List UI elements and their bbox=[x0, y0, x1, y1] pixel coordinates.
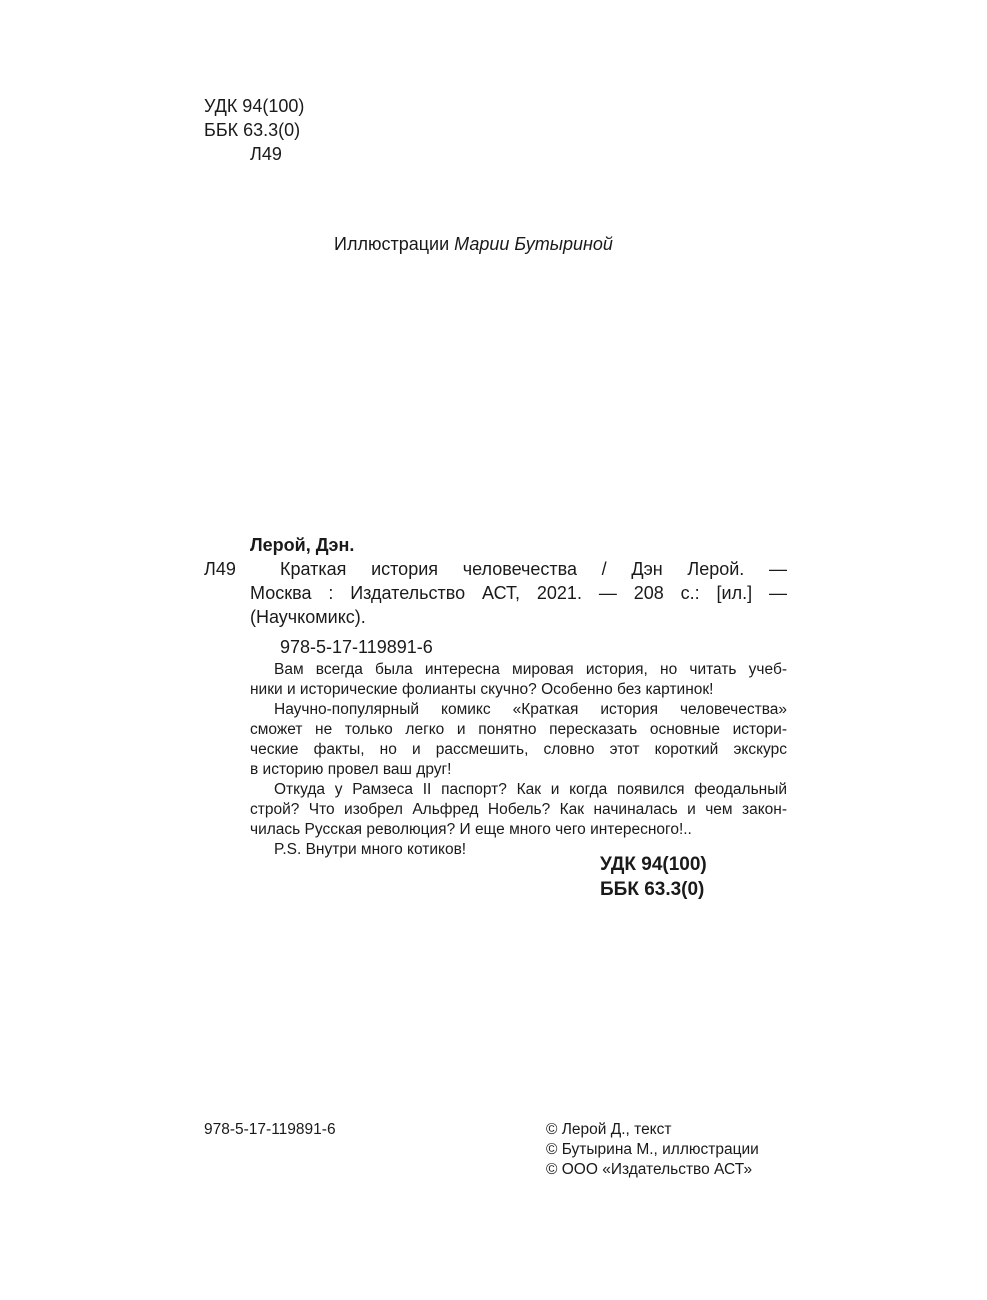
annotation-paragraph: Вам всегда была интересна мировая истори… bbox=[250, 660, 787, 700]
udk-code: УДК 94(100) bbox=[600, 852, 787, 877]
illustrations-credit: Иллюстрации Марии Бутыриной bbox=[334, 232, 613, 256]
record-isbn: 978-5-17-119891-6 bbox=[280, 635, 433, 659]
annotation-line: Научно-популярный комикс «Краткая истори… bbox=[250, 700, 787, 720]
annotation-line: сможет не только легко и понятно переска… bbox=[250, 720, 787, 740]
copyright-block: © Лерой Д., текст © Бутырина М., иллюстр… bbox=[546, 1120, 759, 1180]
copyright-line: © Лерой Д., текст bbox=[546, 1120, 759, 1140]
classification-codes-top: УДК 94(100) ББК 63.3(0) Л49 bbox=[204, 94, 304, 166]
bibliographic-description: Краткая история человечества / Дэн Лерой… bbox=[250, 557, 787, 629]
annotation-line: ники и исторические фолианты скучно? Осо… bbox=[250, 680, 787, 700]
copyright-line: © ООО «Издательство АСТ» bbox=[546, 1160, 759, 1180]
record-author: Лерой, Дэн. bbox=[250, 533, 354, 557]
annotation-line: в историю провел ваш друг! bbox=[250, 760, 787, 780]
annotation-line: Вам всегда была интересна мировая истори… bbox=[250, 660, 787, 680]
copyright-line: © Бутырина М., иллюстрации bbox=[546, 1140, 759, 1160]
bbk-code: ББК 63.3(0) bbox=[600, 877, 787, 902]
classification-codes-bottom: УДК 94(100) ББК 63.3(0) bbox=[600, 852, 787, 902]
illustrations-label: Иллюстрации bbox=[334, 234, 449, 254]
bib-line: Краткая история человечества / Дэн Лерой… bbox=[250, 557, 787, 581]
bbk-code: ББК 63.3(0) bbox=[204, 118, 304, 142]
annotation-paragraph: Научно-популярный комикс «Краткая истори… bbox=[250, 700, 787, 780]
bib-line: Москва : Издательство АСТ, 2021. — 208 с… bbox=[250, 581, 787, 605]
annotation-line: ческие факты, но и рассмешить, словно эт… bbox=[250, 740, 787, 760]
bib-line: (Научкомикс). bbox=[250, 605, 787, 629]
author-mark: Л49 bbox=[204, 142, 304, 166]
record-author-mark: Л49 bbox=[204, 557, 236, 581]
illustrator-name: Марии Бутыриной bbox=[454, 234, 613, 254]
annotation: Вам всегда была интересна мировая истори… bbox=[250, 660, 787, 860]
annotation-line: Откуда у Рамзеса II паспорт? Как и когда… bbox=[250, 780, 787, 800]
annotation-line: чилась Русская революция? И еще много че… bbox=[250, 820, 787, 840]
annotation-line: строй? Что изобрел Альфред Нобель? Как н… bbox=[250, 800, 787, 820]
annotation-paragraph: Откуда у Рамзеса II паспорт? Как и когда… bbox=[250, 780, 787, 840]
footer-isbn: 978-5-17-119891-6 bbox=[204, 1120, 336, 1140]
udk-code: УДК 94(100) bbox=[204, 94, 304, 118]
